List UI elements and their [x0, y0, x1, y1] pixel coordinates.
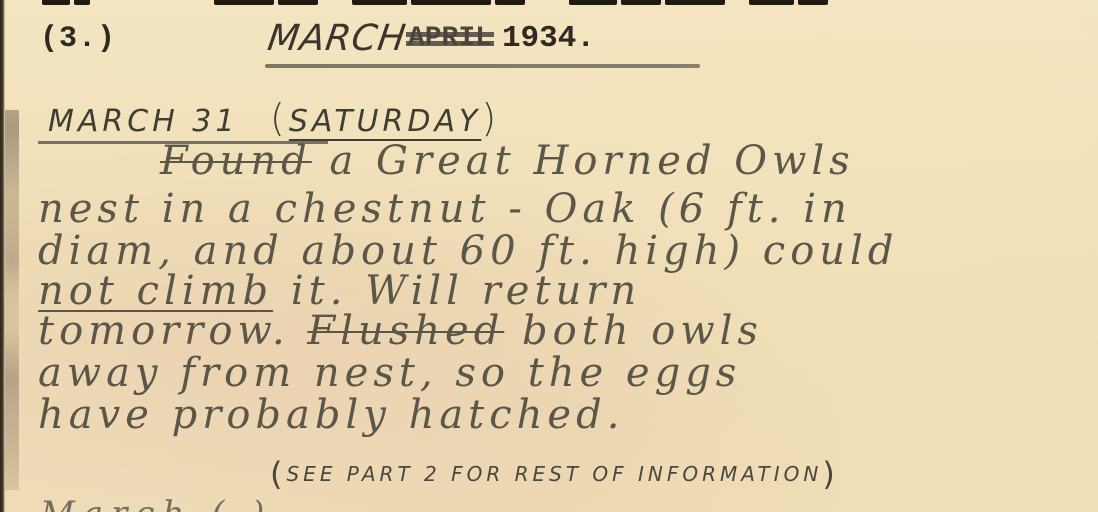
entry-line: away from nest, so the eggs [38, 350, 741, 396]
entry-line: tomorrow. Flushed both owls [38, 308, 763, 354]
entry-date: MARCH 31 [48, 104, 238, 139]
entry-day-of-week: (SATURDAY) [270, 96, 500, 140]
header-struck-out-month: APRIL [408, 23, 492, 59]
next-entry-fragment: March ( ) [40, 494, 272, 512]
header-month: MARCH [265, 18, 409, 59]
entry-line: nest in a chestnut - Oak (6 ft. in [38, 186, 852, 232]
header-year: 1934. [502, 21, 595, 59]
header-underline [265, 64, 700, 68]
page-header: MARCHAPRIL1934. [268, 18, 595, 78]
entry-line: have probably hatched. [38, 392, 624, 438]
entry-number: (3.) [40, 22, 116, 56]
entry-line: Found a Great Horned Owls [160, 138, 855, 184]
page-stains [5, 110, 19, 490]
entry-date-heading: MARCH 31 (SATURDAY) [48, 96, 500, 140]
see-part-2-note: (SEE PART 2 FOR REST OF INFORMATION) [270, 455, 839, 493]
notebook-page: (3.) MARCHAPRIL1934. MARCH 31 (SATURDAY)… [0, 0, 1098, 512]
previous-line-fragment [0, 0, 1098, 6]
